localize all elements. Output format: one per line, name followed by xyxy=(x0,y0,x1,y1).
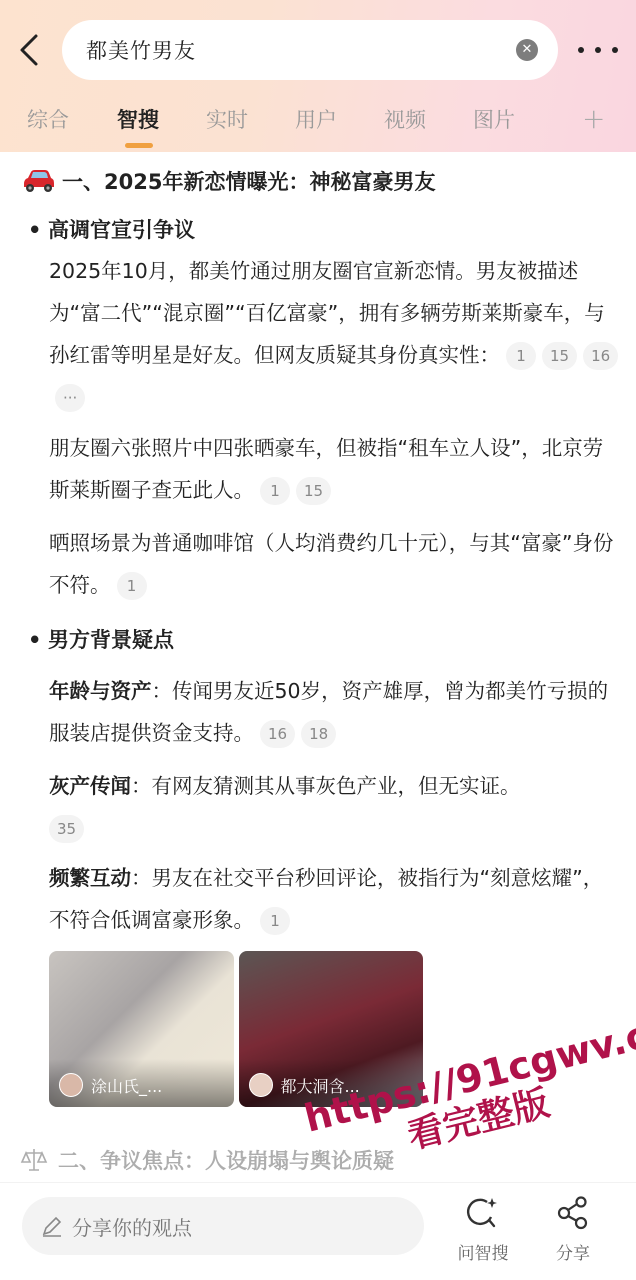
paragraph: 频繁互动：男友在社交平台秒回评论，被指行为“刻意炫耀”，不符合低调富豪形象。1 xyxy=(49,857,619,941)
subheading: 男方背景疑点 xyxy=(28,624,174,654)
image-author: 涂山氏_... xyxy=(59,1073,162,1097)
more-options-button[interactable] xyxy=(578,40,618,60)
add-tab-button[interactable]: + xyxy=(582,102,605,135)
paragraph: 2025年10月，都美竹通过朋友圈官宣新恋情。男友被描述为“富二代”“混京圈”“… xyxy=(49,250,619,418)
section-heading-partial: 二、争议焦点：人设崩塌与舆论质疑 xyxy=(20,1145,394,1175)
bottom-action-bar: 分享你的观点 问智搜 分享 xyxy=(0,1182,636,1280)
tab-bar: 综合 智搜 实时 用户 视频 图片 + xyxy=(0,100,636,148)
tab-users[interactable]: 用户 xyxy=(295,104,337,134)
citation-chip[interactable]: 15 xyxy=(542,342,577,370)
citation-chip[interactable]: 1 xyxy=(260,477,290,505)
citation-chip[interactable]: 1 xyxy=(260,907,290,935)
subheading: 高调官宣引争议 xyxy=(28,214,195,244)
search-header: 都美竹男友 ✕ 综合 智搜 实时 用户 视频 图片 + xyxy=(0,0,636,152)
citation-chip[interactable]: 1 xyxy=(506,342,536,370)
search-query-text: 都美竹男友 xyxy=(86,35,196,65)
comment-input[interactable]: 分享你的观点 xyxy=(22,1197,424,1255)
item-label: 年龄与资产 xyxy=(49,679,152,703)
paragraph: 晒照场景为普通咖啡馆（人均消费约几十元），与其“富豪”身份不符。1 xyxy=(49,522,619,606)
paragraph: 朋友圈六张照片中四张晒豪车，但被指“租车立人设”，北京劳斯莱斯圈子查无此人。11… xyxy=(49,427,619,511)
citation-chip[interactable]: 16 xyxy=(583,342,618,370)
section-heading-text: 一、2025年新恋情曝光：神秘富豪男友 xyxy=(62,166,435,196)
tab-comprehensive[interactable]: 综合 xyxy=(27,104,69,134)
active-tab-indicator xyxy=(125,143,153,148)
smart-search-icon xyxy=(465,1195,501,1231)
dot-icon xyxy=(612,47,618,53)
image-author: 都大洞含... xyxy=(249,1073,360,1097)
scale-icon xyxy=(20,1146,48,1174)
citation-chip[interactable]: 15 xyxy=(296,477,331,505)
share-button[interactable]: 分享 xyxy=(538,1195,608,1273)
image-card[interactable]: 涂山氏_... xyxy=(49,951,234,1107)
dot-icon xyxy=(595,47,601,53)
tab-videos[interactable]: 视频 xyxy=(384,104,426,134)
pencil-icon xyxy=(40,1214,64,1238)
paragraph: 灰产传闻：有网友猜测其从事灰色产业，但无实证。35 xyxy=(49,765,619,849)
car-icon xyxy=(20,168,56,194)
tab-images[interactable]: 图片 xyxy=(473,104,515,134)
image-gallery: 涂山氏_... 都大洞含... xyxy=(49,951,423,1107)
citation-chip[interactable]: 18 xyxy=(301,720,336,748)
citation-chip[interactable]: 16 xyxy=(260,720,295,748)
dot-icon xyxy=(578,47,584,53)
tab-realtime[interactable]: 实时 xyxy=(206,104,248,134)
tab-smart-search[interactable]: 智搜 xyxy=(117,104,159,134)
item-label: 灰产传闻 xyxy=(49,774,131,798)
avatar xyxy=(59,1073,83,1097)
smart-search-answer: 一、2025年新恋情曝光：神秘富豪男友 高调官宣引争议 2025年10月，都美竹… xyxy=(0,152,636,1182)
ask-smart-search-button[interactable]: 问智搜 xyxy=(448,1195,518,1273)
item-label: 频繁互动 xyxy=(49,866,131,890)
search-input[interactable]: 都美竹男友 ✕ xyxy=(62,20,558,80)
avatar xyxy=(249,1073,273,1097)
paragraph: 年龄与资产：传闻男友近50岁，资产雄厚，曾为都美竹亏损的服装店提供资金支持。16… xyxy=(49,670,619,754)
chevron-left-icon xyxy=(18,33,40,67)
image-card[interactable]: 都大洞含... xyxy=(239,951,424,1107)
close-icon: ✕ xyxy=(522,42,533,57)
citation-chip[interactable]: 35 xyxy=(49,815,84,843)
comment-placeholder: 分享你的观点 xyxy=(72,1212,192,1241)
section-heading: 一、2025年新恋情曝光：神秘富豪男友 xyxy=(20,166,435,196)
share-icon xyxy=(555,1195,591,1231)
clear-search-button[interactable]: ✕ xyxy=(516,39,538,61)
more-citations-chip[interactable]: ··· xyxy=(55,384,85,412)
citation-chip[interactable]: 1 xyxy=(117,572,147,600)
back-button[interactable] xyxy=(14,30,44,70)
